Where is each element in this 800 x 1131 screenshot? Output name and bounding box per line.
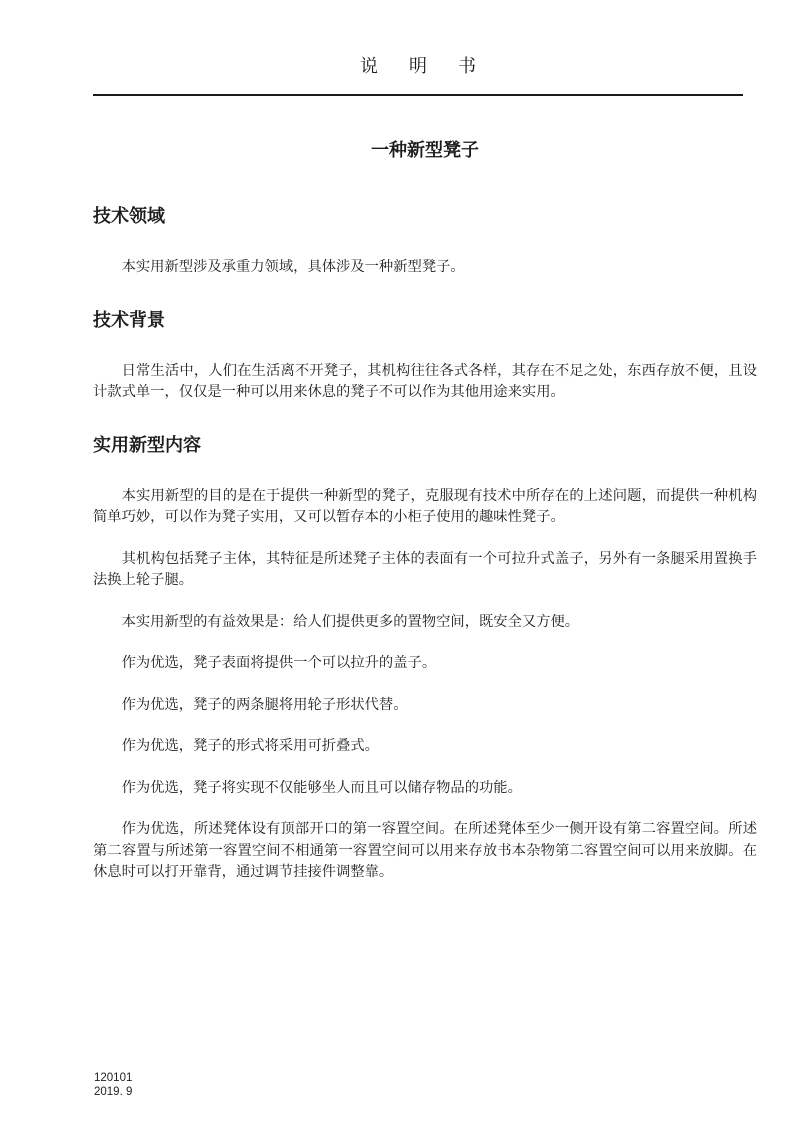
body-paragraph: 作为优选，凳子将实现不仅能够坐人而且可以储存物品的功能。	[93, 778, 757, 800]
section-heading-utility-model-content: 实用新型内容	[93, 434, 757, 456]
page-type-label: 说明书	[93, 54, 743, 78]
body-paragraph: 作为优选，凳子的形式将采用可折叠式。	[93, 736, 757, 758]
header-divider-rule	[93, 94, 743, 96]
body-paragraph: 日常生活中，人们在生活离不开凳子，其机构往往各式各样，其存在不足之处，东西存放不…	[93, 361, 757, 404]
body-paragraph: 本实用新型的目的是在于提供一种新型的凳子，克服现有技术中所存在的上述问题，而提供…	[93, 486, 757, 529]
document-body: 一种新型凳子 技术领域 本实用新型涉及承重力领域，具体涉及一种新型凳子。 技术背…	[93, 138, 757, 904]
invention-title: 一种新型凳子	[93, 138, 757, 162]
body-paragraph: 作为优选，所述凳体设有顶部开口的第一容置空间。在所述凳体至少一侧开设有第二容置空…	[93, 819, 757, 884]
section-utility-model-content: 实用新型内容 本实用新型的目的是在于提供一种新型的凳子，克服现有技术中所存在的上…	[93, 434, 757, 884]
body-paragraph: 作为优选，凳子表面将提供一个可以拉升的盖子。	[93, 653, 757, 675]
patent-specification-page: 说明书 一种新型凳子 技术领域 本实用新型涉及承重力领域，具体涉及一种新型凳子。…	[0, 0, 800, 1131]
footer-code: 120101	[94, 1071, 132, 1085]
section-technical-background: 技术背景 日常生活中，人们在生活离不开凳子，其机构往往各式各样，其存在不足之处，…	[93, 309, 757, 404]
section-heading-technical-background: 技术背景	[93, 309, 757, 331]
body-paragraph: 本实用新型涉及承重力领域，具体涉及一种新型凳子。	[93, 257, 757, 279]
body-paragraph: 作为优选，凳子的两条腿将用轮子形状代替。	[93, 695, 757, 717]
page-footer: 120101 2019. 9	[94, 1071, 132, 1099]
section-technical-field: 技术领域 本实用新型涉及承重力领域，具体涉及一种新型凳子。	[93, 205, 757, 279]
body-paragraph: 本实用新型的有益效果是：给人们提供更多的置物空间，既安全又方便。	[93, 612, 757, 634]
body-paragraph: 其机构包括凳子主体，其特征是所述凳子主体的表面有一个可拉升式盖子，另外有一条腿采…	[93, 549, 757, 592]
section-heading-technical-field: 技术领域	[93, 205, 757, 227]
footer-date: 2019. 9	[94, 1085, 132, 1099]
